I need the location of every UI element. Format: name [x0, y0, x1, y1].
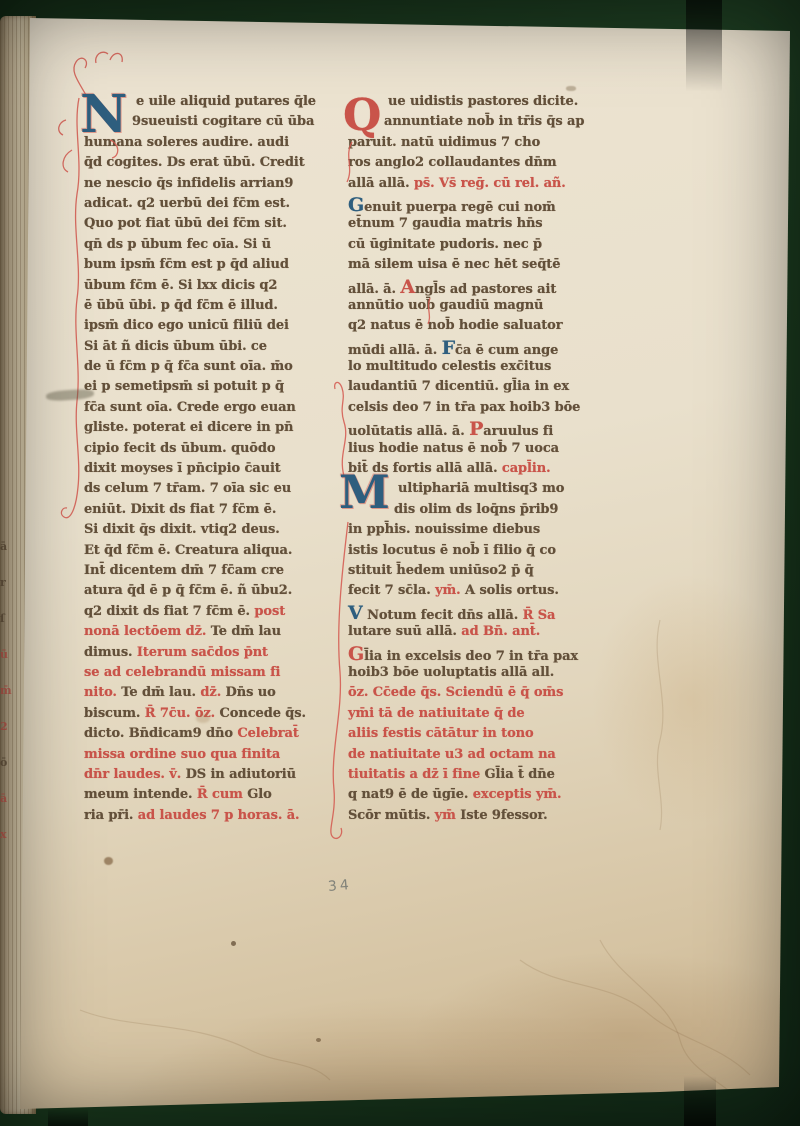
text-run: Quo pot fiat ūbū dei fc̄m sit.: [84, 216, 287, 231]
text-run: dz̄.: [200, 685, 225, 700]
text-line: Int̄ dicentem dm̄ 7 fc̄am cre: [84, 563, 344, 583]
text-line: cipio fecit ds ūbum. quōdo: [84, 441, 344, 461]
inline-initial: P: [469, 418, 483, 440]
text-run: ym̄: [435, 808, 461, 823]
text-run: nito.: [84, 685, 121, 700]
text-run: enuit puerpa regē cui nom̄: [364, 200, 556, 215]
illuminated-initial-Q: Q: [343, 96, 381, 136]
text-run: mūdi allā. ā.: [348, 343, 442, 358]
text-run: bum ipsm̄ fc̄m est p q̄d aliud: [84, 257, 289, 272]
spine-letter-fragment: 2: [0, 720, 8, 733]
text-run: aliis festis cātātur in tono: [348, 726, 534, 741]
text-run: stituit h̄edem uniūso2 p̄ q̄: [348, 563, 534, 578]
spine-letter-fragment: ā: [0, 792, 7, 805]
text-run: dis olim ds loq̄ns p̄rib9: [394, 502, 558, 517]
text-run: celsis deo 7 in tr̄a pax hoib3 bōe: [348, 400, 580, 415]
text-line: hoib3 bōe uoluptatis allā all.: [348, 665, 608, 685]
ink-stain: [104, 857, 113, 865]
text-line: nonā lectōem dz̄. Te dm̄ lau: [84, 624, 344, 644]
text-run: R̄ 7c̄u. ōz.: [145, 706, 220, 721]
text-run: annūtio uob̄ gaudiū magnū: [348, 298, 543, 313]
text-run: 9sueuisti cogitare cū ūba: [132, 114, 314, 129]
text-line: allā allā. ps̄. Vs̄ reḡ. cū rel. añ.: [348, 176, 608, 196]
text-run: dimus.: [84, 645, 137, 660]
text-run: ue uidistis pastores dicite.: [388, 94, 578, 109]
text-run: istis locutus ē nob̄ ī filio q̄ co: [348, 543, 556, 558]
spine-text-fragments: ārſūm̄2ōāx: [0, 540, 14, 870]
text-run: ōz. Cc̄ede q̄s.: [348, 685, 446, 700]
text-run: allā. ā.: [348, 282, 400, 297]
text-run: lius hodie natus ē nob̄ 7 uoca: [348, 441, 559, 456]
text-run: missa ordine suo qua finita: [84, 747, 280, 762]
text-run: laudantiū 7 dicentiū. gl̄ia in ex: [348, 379, 569, 394]
text-run: ym̄.: [435, 583, 465, 598]
text-run: ros anglo2 collaudantes dn̄m: [348, 155, 557, 170]
text-line: Si āt ñ dicis ūbum ūbi. ce: [84, 339, 344, 359]
text-run: et̄num 7 gaudia matris hn̄s: [348, 216, 543, 231]
text-line: adicat. q2 uerbū dei fc̄m est.: [84, 196, 344, 216]
text-line: meum intende. R̄ cum Glo: [84, 787, 344, 807]
inline-initial: G: [348, 194, 364, 216]
spine-letter-fragment: m̄: [0, 684, 12, 697]
text-run: capl̄in.: [502, 461, 551, 476]
text-run: ad laudes 7 p horas. ā.: [138, 808, 300, 823]
text-line: q̄d cogites. Ds erat ūbū. Credit: [84, 155, 344, 175]
text-column-right: ue uidistis pastores dicite.annuntiate n…: [348, 94, 608, 828]
text-line: laudantiū 7 dicentiū. gl̄ia in ex: [348, 379, 608, 399]
text-line: q2 dixit ds fiat 7 fc̄m ē. post: [84, 604, 344, 624]
text-line: eniūt. Dixit ds fiat 7 fc̄m ē.: [84, 502, 344, 522]
spine-letter-fragment: ō: [0, 756, 7, 769]
text-run: meum intende.: [84, 787, 197, 802]
text-line: Et q̄d fc̄m ē. Creatura aliqua.: [84, 543, 344, 563]
text-line: istis locutus ē nob̄ ī filio q̄ co: [348, 543, 608, 563]
text-run: ria pr̄i.: [84, 808, 138, 823]
text-run: allā allā.: [348, 176, 414, 191]
text-run: Notum fecit dn̄s allā.: [363, 608, 523, 623]
text-run: ē ūbū ūbi. p q̄d fc̄m ē illud.: [84, 298, 278, 313]
text-line: et̄num 7 gaudia matris hn̄s: [348, 216, 608, 236]
small-stain: [566, 86, 576, 91]
text-run: ultiphariā multisq3 mo: [398, 481, 564, 496]
text-line: Genuit puerpa regē cui nom̄: [348, 196, 608, 216]
text-run: ipsm̄ dico ego unicū filiū dei: [84, 318, 289, 333]
text-run: q nat9 ē de ūgīe.: [348, 787, 473, 802]
text-run: Celebrat̄: [237, 726, 298, 741]
text-run: fecit 7 sc̄la.: [348, 583, 435, 598]
text-run: q2 dixit ds fiat 7 fc̄m ē.: [84, 604, 254, 619]
fox-speck: [316, 1038, 321, 1042]
text-run: aruulus fi: [483, 424, 553, 439]
text-run: gliste. poterat ei dicere in pn̄: [84, 420, 293, 435]
text-line: ros anglo2 collaudantes dn̄m: [348, 155, 608, 175]
text-line: ds celum 7 tr̄am. 7 oīa sic eu: [84, 481, 344, 501]
text-run: uolūtatis allā. ā.: [348, 424, 469, 439]
text-line: q2 natus ē nob̄ hodie saluator: [348, 318, 608, 338]
text-run: Te dm̄ lau: [211, 624, 281, 639]
text-line: ē ūbū ūbi. p q̄d fc̄m ē illud.: [84, 298, 344, 318]
text-line: dimus. Iterum sac̄dos p̄nt: [84, 645, 344, 665]
text-run: c̄a ē cum ange: [455, 343, 558, 358]
text-line: fecit 7 sc̄la. ym̄. A solis ortus.: [348, 583, 608, 603]
text-line: lutare suū allā. ad Bn̄. ant̄.: [348, 624, 608, 644]
fox-speck: [231, 941, 236, 946]
text-run: se ad celebrandū missam fi: [84, 665, 280, 680]
text-run: nonā lectōem dz̄.: [84, 624, 211, 639]
text-run: biscum.: [84, 706, 145, 721]
text-run: cū ūginitate pudoris. nec p̄: [348, 237, 542, 252]
inline-initial: F: [442, 337, 455, 359]
text-run: in pph̄is. nouissime diebus: [348, 522, 540, 537]
text-run: dicto. Bn̄dicam9 dn̄o: [84, 726, 237, 741]
text-line: ym̄i tā de natiuitate q̄ de: [348, 706, 608, 726]
text-line: annūtio uob̄ gaudiū magnū: [348, 298, 608, 318]
text-line: ipsm̄ dico ego unicū filiū dei: [84, 318, 344, 338]
text-line: uolūtatis allā. ā. Paruulus fi: [348, 420, 608, 440]
text-line: dixit moyses ī pn̄cipio c̄auit: [84, 461, 344, 481]
text-run: ne nescio q̄s infidelis arrian9: [84, 176, 293, 191]
text-run: eniūt. Dixit ds fiat 7 fc̄m ē.: [84, 502, 276, 517]
text-run: ei p semetipsm̄ si potuit p q̄: [84, 379, 284, 394]
text-run: lutare suū allā.: [348, 624, 461, 639]
text-run: ad Bn̄. ant̄.: [461, 624, 540, 639]
text-run: adicat. q2 uerbū dei fc̄m est.: [84, 196, 290, 211]
text-run: e uile aliquid putares q̄le: [136, 94, 316, 109]
text-run: ds celum 7 tr̄am. 7 oīa sic eu: [84, 481, 291, 496]
text-line: celsis deo 7 in tr̄a pax hoib3 bōe: [348, 400, 608, 420]
text-run: ym̄i tā de natiuitate q̄ de: [348, 706, 525, 721]
spine-letter-fragment: ū: [0, 648, 8, 661]
text-run: tiuitatis a dz̄ ī fine: [348, 767, 485, 782]
inline-initial: A: [400, 276, 415, 298]
text-line: Scōr mūtis. ym̄ Iste 9fessor.: [348, 808, 608, 828]
text-run: A solis ortus.: [465, 583, 559, 598]
text-line: de ū fc̄m p q̄ fc̄a sunt oīa. m̄o: [84, 359, 344, 379]
text-line: bum ipsm̄ fc̄m est p q̄d aliud: [84, 257, 344, 277]
text-line: atura q̄d ē p q̄ fc̄m ē. ñ ūbu2.: [84, 583, 344, 603]
text-line: mā silem uisa ē nec hēt seq̄tē: [348, 257, 608, 277]
photo-background: ārſūm̄2ōāx e uile aliquid putares q̄le9s…: [0, 0, 800, 1126]
text-run: Iste 9fessor.: [460, 808, 547, 823]
text-run: Si āt ñ dicis ūbum ūbi. ce: [84, 339, 267, 354]
text-line: biscum. R̄ 7c̄u. ōz. Concede q̄s.: [84, 706, 344, 726]
text-run: Scōr mūtis.: [348, 808, 435, 823]
text-line: mūdi allā. ā. Fc̄a ē cum ange: [348, 339, 608, 359]
text-run: ngl̄s ad pastores ait: [415, 282, 556, 297]
text-run: fc̄a sunt oīa. Crede ergo euan: [84, 400, 296, 415]
text-run: dixit moyses ī pn̄cipio c̄auit: [84, 461, 281, 476]
text-run: Te dm̄ lau.: [121, 685, 200, 700]
text-run: Iterum sac̄dos p̄nt: [137, 645, 268, 660]
text-run: DS in adiutoriū: [186, 767, 296, 782]
text-line: gliste. poterat ei dicere in pn̄: [84, 420, 344, 440]
text-run: dn̄r laudes. v̄.: [84, 767, 186, 782]
text-line: de natiuitate u3 ad octam na: [348, 747, 608, 767]
text-line: nito. Te dm̄ lau. dz̄. Dn̄s uo: [84, 685, 344, 705]
text-run: Concede q̄s.: [220, 706, 306, 721]
text-run: l̄ia in excelsis deo 7 in tr̄a pax: [364, 649, 578, 664]
text-line: aliis festis cātātur in tono: [348, 726, 608, 746]
text-line: ue uidistis pastores dicite.: [348, 94, 608, 114]
text-run: annuntiate nob̄ in tr̄is q̄s ap: [384, 114, 584, 129]
text-run: Et q̄d fc̄m ē. Creatura aliqua.: [84, 543, 292, 558]
text-line: dicto. Bn̄dicam9 dn̄o Celebrat̄: [84, 726, 344, 746]
illuminated-initial-M: M: [339, 472, 390, 513]
spine-letter-fragment: ſ: [0, 612, 5, 625]
text-run: Int̄ dicentem dm̄ 7 fc̄am cre: [84, 563, 284, 578]
text-line: fc̄a sunt oīa. Crede ergo euan: [84, 400, 344, 420]
text-line: V Notum fecit dn̄s allā. R̄ Sa: [348, 604, 608, 624]
text-run: exceptis ym̄.: [473, 787, 562, 802]
text-line: cū ūginitate pudoris. nec p̄: [348, 237, 608, 257]
text-line: lo multitudo celestis exc̄itus: [348, 359, 608, 379]
text-run: post: [254, 604, 285, 619]
text-line: se ad celebrandū missam fi: [84, 665, 344, 685]
inline-initial: G: [348, 643, 364, 665]
text-run: qn̄ ds p ūbum fec oīa. Si ū: [84, 237, 271, 252]
text-line: tiuitatis a dz̄ ī fine Gl̄ia t̄ dn̄e: [348, 767, 608, 787]
text-column-left: e uile aliquid putares q̄le9sueuisti cog…: [84, 94, 344, 828]
cloth-shadow: [48, 1108, 88, 1126]
page-number: 34: [327, 877, 352, 895]
text-run: de natiuitate u3 ad octam na: [348, 747, 556, 762]
text-run: q̄d cogites. Ds erat ūbū. Credit: [84, 155, 305, 170]
text-run: cipio fecit ds ūbum. quōdo: [84, 441, 275, 456]
text-run: R̄ Sa: [523, 608, 556, 623]
text-line: Si dixit q̄s dixit. vtiq2 deus.: [84, 522, 344, 542]
text-line: ōz. Cc̄ede q̄s. Sciendū ē q̄ om̄s: [348, 685, 608, 705]
text-run: Si dixit q̄s dixit. vtiq2 deus.: [84, 522, 280, 537]
text-run: Gl̄ia t̄ dn̄e: [485, 767, 555, 782]
text-run: ps̄. Vs̄ reḡ. cū rel. añ.: [414, 176, 566, 191]
text-run: Dn̄s uo: [226, 685, 276, 700]
text-run: hoib3 bōe uoluptatis allā all.: [348, 665, 554, 680]
spine-letter-fragment: ā: [0, 540, 7, 553]
text-line: ūbum fc̄m ē. Si lxx dicis q2: [84, 278, 344, 298]
text-line: ei p semetipsm̄ si potuit p q̄: [84, 379, 344, 399]
text-run: R̄ cum: [197, 787, 247, 802]
text-run: de ū fc̄m p q̄ fc̄a sunt oīa. m̄o: [84, 359, 293, 374]
text-line: in pph̄is. nouissime diebus: [348, 522, 608, 542]
text-line: annuntiate nob̄ in tr̄is q̄s ap: [348, 114, 608, 134]
text-run: Glo: [247, 787, 271, 802]
text-line: Quo pot fiat ūbū dei fc̄m sit.: [84, 216, 344, 236]
text-line: Gl̄ia in excelsis deo 7 in tr̄a pax: [348, 645, 608, 665]
text-line: ne nescio q̄s infidelis arrian9: [84, 176, 344, 196]
spine-letter-fragment: r: [0, 576, 6, 589]
text-line: stituit h̄edem uniūso2 p̄ q̄: [348, 563, 608, 583]
text-run: mā silem uisa ē nec hēt seq̄tē: [348, 257, 560, 272]
text-line: dn̄r laudes. v̄. DS in adiutoriū: [84, 767, 344, 787]
text-line: ria pr̄i. ad laudes 7 p horas. ā.: [84, 808, 344, 828]
text-run: q2 natus ē nob̄ hodie saluator: [348, 318, 563, 333]
text-run: lo multitudo celestis exc̄itus: [348, 359, 551, 374]
text-run: atura q̄d ē p q̄ fc̄m ē. ñ ūbu2.: [84, 583, 292, 598]
text-line: lius hodie natus ē nob̄ 7 uoca: [348, 441, 608, 461]
illuminated-initial-N: N: [80, 92, 128, 139]
manuscript-page: e uile aliquid putares q̄le9sueuisti cog…: [0, 0, 800, 1126]
inline-initial: V: [348, 602, 363, 624]
text-line: paruit. natū uidimus 7 cho: [348, 135, 608, 155]
text-run: Sciendū ē q̄ om̄s: [446, 685, 564, 700]
text-line: missa ordine suo qua finita: [84, 747, 344, 767]
text-line: q nat9 ē de ūgīe. exceptis ym̄.: [348, 787, 608, 807]
text-run: ūbum fc̄m ē. Si lxx dicis q2: [84, 278, 277, 293]
spine-letter-fragment: x: [0, 828, 7, 841]
text-line: allā. ā. Angl̄s ad pastores ait: [348, 278, 608, 298]
text-line: qn̄ ds p ūbum fec oīa. Si ū: [84, 237, 344, 257]
